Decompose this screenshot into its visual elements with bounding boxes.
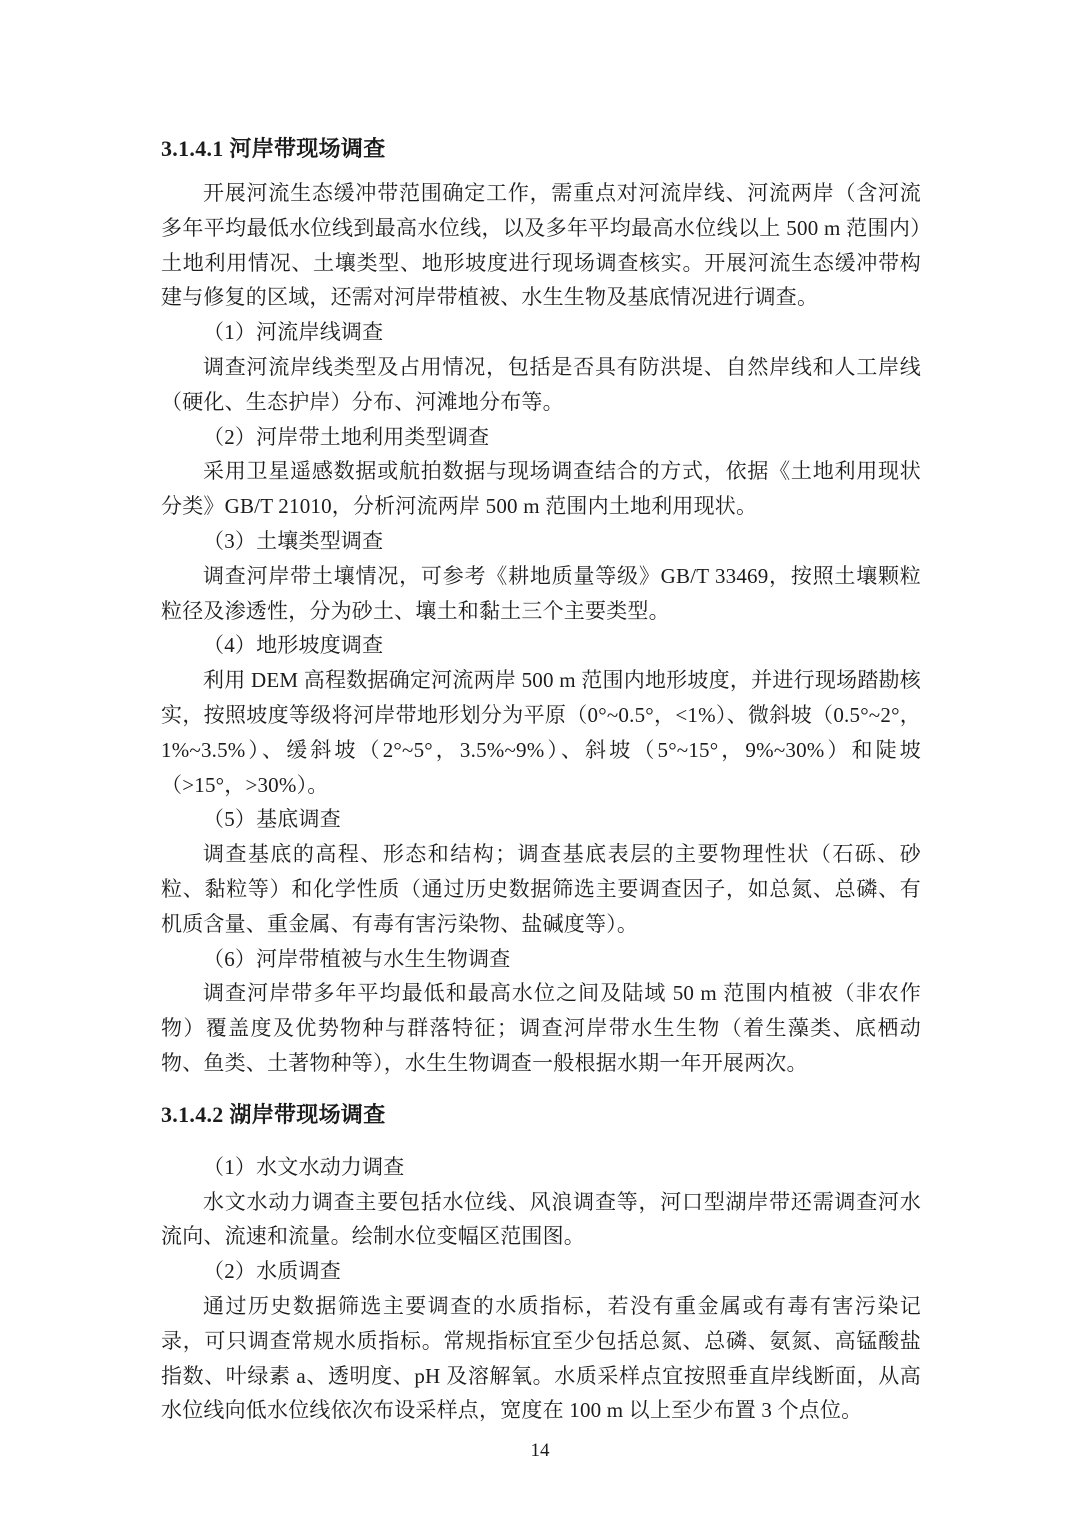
list-item-heading: （3）土壤类型调查	[161, 524, 921, 559]
list-item-heading: （1）水文水动力调查	[161, 1150, 921, 1185]
section-heading-3-1-4-2: 3.1.4.2 湖岸带现场调查	[161, 1097, 921, 1132]
section-heading-3-1-4-1: 3.1.4.1 河岸带现场调查	[161, 131, 921, 166]
paragraph: 通过历史数据筛选主要调查的水质指标，若没有重金属或有毒有害污染记录，可只调查常规…	[161, 1289, 921, 1428]
list-item-heading: （4）地形坡度调查	[161, 628, 921, 663]
paragraph: 采用卫星遥感数据或航拍数据与现场调查结合的方式，依据《土地利用现状分类》GB/T…	[161, 454, 921, 524]
list-item-heading: （6）河岸带植被与水生生物调查	[161, 942, 921, 977]
page-content: 3.1.4.1 河岸带现场调查 开展河流生态缓冲带范围确定工作，需重点对河流岸线…	[161, 131, 921, 1428]
paragraph: 利用 DEM 高程数据确定河流两岸 500 m 范围内地形坡度，并进行现场踏勘核…	[161, 663, 921, 802]
page-number: 14	[0, 1440, 1080, 1462]
paragraph: 水文水动力调查主要包括水位线、风浪调查等，河口型湖岸带还需调查河水流向、流速和流…	[161, 1185, 921, 1255]
document-page: 3.1.4.1 河岸带现场调查 开展河流生态缓冲带范围确定工作，需重点对河流岸线…	[0, 0, 1080, 1526]
paragraph: 调查河岸带土壤情况，可参考《耕地质量等级》GB/T 33469，按照土壤颗粒粒径…	[161, 559, 921, 629]
paragraph: 调查河流岸线类型及占用情况，包括是否具有防洪堤、自然岸线和人工岸线（硬化、生态护…	[161, 350, 921, 420]
paragraph: 调查河岸带多年平均最低和最高水位之间及陆域 50 m 范围内植被（非农作物）覆盖…	[161, 976, 921, 1080]
list-item-heading: （2）河岸带土地利用类型调查	[161, 420, 921, 455]
paragraph: 调查基底的高程、形态和结构；调查基底表层的主要物理性状（石砾、砂粒、黏粒等）和化…	[161, 837, 921, 941]
list-item-heading: （2）水质调查	[161, 1254, 921, 1289]
list-item-heading: （1）河流岸线调查	[161, 315, 921, 350]
paragraph: 开展河流生态缓冲带范围确定工作，需重点对河流岸线、河流两岸（含河流多年平均最低水…	[161, 176, 921, 315]
list-item-heading: （5）基底调查	[161, 802, 921, 837]
